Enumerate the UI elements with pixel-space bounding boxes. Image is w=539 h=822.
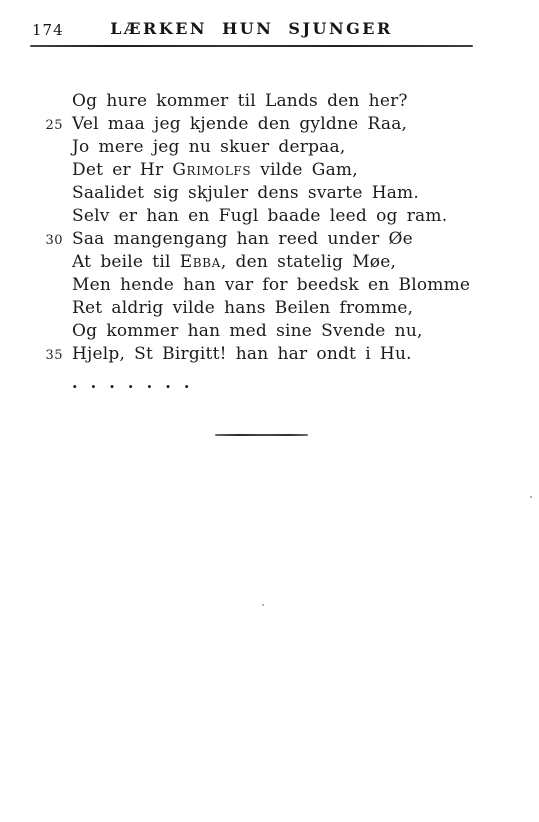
book-page: 174 LÆRKEN HUN SJUNGER Og hure kommer ti… bbox=[0, 0, 539, 822]
running-header: 174 LÆRKEN HUN SJUNGER bbox=[0, 0, 539, 48]
poem-line: Det er Hr Grimolfs vilde Gam, bbox=[0, 159, 539, 182]
verse-line-text: Det er Hr Grimolfs vilde Gam, bbox=[63, 159, 358, 182]
running-title: LÆRKEN HUN SJUNGER bbox=[30, 19, 473, 38]
dust-speck bbox=[530, 496, 532, 498]
poem-line: Jo mere jeg nu skuer derpaa, bbox=[0, 136, 539, 159]
poem-line: Selv er han en Fugl baade leed og ram. bbox=[0, 205, 539, 228]
poem-line: 35Hjelp, St Birgitt! han har ondt i Hu. bbox=[0, 343, 539, 366]
verse-line-number: 35 bbox=[0, 344, 63, 367]
verse-line-text: Selv er han en Fugl baade leed og ram. bbox=[63, 205, 447, 228]
verse-segment: , den statelig Møe, bbox=[221, 252, 396, 272]
verse-line-text: Og hure kommer til Lands den her? bbox=[63, 90, 408, 113]
dust-speck bbox=[262, 604, 264, 606]
poem-line: At beile til Ebba, den statelig Møe, bbox=[0, 251, 539, 274]
verse-line-text: . . . . . . . bbox=[63, 371, 191, 394]
verse-segment: At beile til bbox=[72, 252, 180, 272]
poem-line: Saalidet sig skjuler dens svarte Ham. bbox=[0, 182, 539, 205]
verse-line-text: Og kommer han med sine Svende nu, bbox=[63, 320, 423, 343]
verse-line-text: Vel maa jeg kjende den gyldne Raa, bbox=[63, 113, 407, 136]
poem-ellipsis-line: . . . . . . . bbox=[0, 371, 539, 394]
verse-line-text: Hjelp, St Birgitt! han har ondt i Hu. bbox=[63, 343, 412, 366]
section-divider-rule bbox=[215, 434, 308, 436]
poem-line: Ret aldrig vilde hans Beilen fromme, bbox=[0, 297, 539, 320]
character-name-smallcaps: Ebba bbox=[180, 252, 221, 272]
poem-line: Og hure kommer til Lands den her? bbox=[0, 90, 539, 113]
poem-line: 30Saa mangengang han reed under Øe bbox=[0, 228, 539, 251]
header-rule bbox=[30, 45, 473, 47]
verse-line-number: 25 bbox=[0, 114, 63, 137]
poem-line: Og kommer han med sine Svende nu, bbox=[0, 320, 539, 343]
verse-segment: Det er Hr bbox=[72, 160, 172, 180]
verse-line-text: Jo mere jeg nu skuer derpaa, bbox=[63, 136, 345, 159]
verse-line-text: Men hende han var for beedsk en Blomme bbox=[63, 274, 470, 297]
poem-line: 25Vel maa jeg kjende den gyldne Raa, bbox=[0, 113, 539, 136]
poem-text-block: Og hure kommer til Lands den her?25Vel m… bbox=[0, 90, 539, 394]
verse-line-text: At beile til Ebba, den statelig Møe, bbox=[63, 251, 396, 274]
verse-line-text: Saa mangengang han reed under Øe bbox=[63, 228, 413, 251]
verse-segment: vilde Gam, bbox=[251, 160, 358, 180]
verse-line-number: 30 bbox=[0, 229, 63, 252]
poem-line: Men hende han var for beedsk en Blomme bbox=[0, 274, 539, 297]
verse-line-text: Ret aldrig vilde hans Beilen fromme, bbox=[63, 297, 413, 320]
character-name-smallcaps: Grimolfs bbox=[172, 160, 251, 180]
verse-line-text: Saalidet sig skjuler dens svarte Ham. bbox=[63, 182, 419, 205]
